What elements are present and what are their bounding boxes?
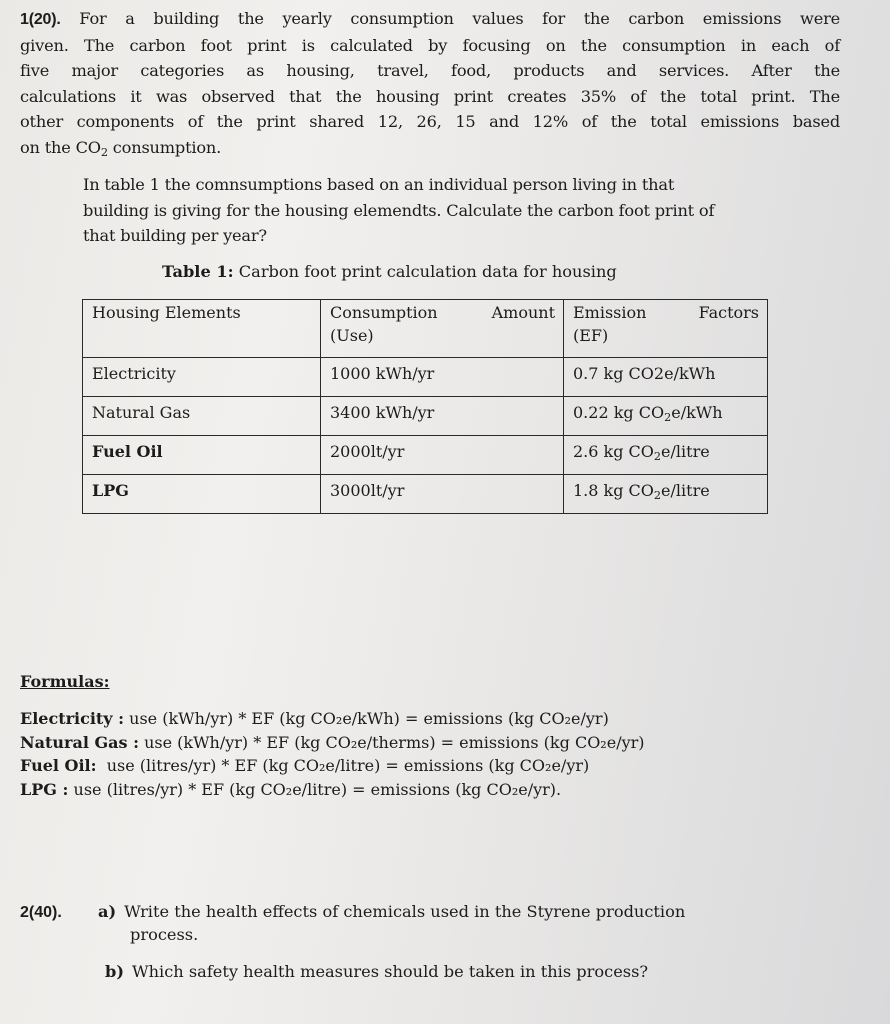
formula-lpg: LPG : use (litres/yr) * EF (kg CO₂e/litr… [20,778,840,802]
table-row: LPG 3000lt/yr 1.8 kg CO2e/litre [83,475,768,514]
cell-ef: 0.7 kg CO2e/kWh [564,358,768,397]
cell-use: 2000lt/yr [321,436,564,475]
cell-ef: 1.8 kg CO2e/litre [564,475,768,514]
q1-line-2: given. The carbon foot print is calculat… [20,33,840,59]
question-2-part-b: b)Which safety health measures should be… [20,962,850,981]
header-housing-elements: Housing Elements [83,300,321,358]
table-row: Natural Gas 3400 kWh/yr 0.22 kg CO2e/kWh [83,397,768,436]
q1-line-5: other components of the print shared 12,… [20,109,840,135]
q1-line-3: five major categories as housing, travel… [20,58,840,84]
question-number: 2(40). [20,902,98,922]
q1-line-6: on the CO2 consumption. [20,135,840,165]
formula-fuel-oil: Fuel Oil: use (litres/yr) * EF (kg CO₂e/… [20,754,840,778]
cell-element: Fuel Oil [83,436,321,475]
q1-line-1: 1(20). For a building the yearly consump… [20,6,840,33]
formula-natural-gas: Natural Gas : use (kWh/yr) * EF (kg CO₂e… [20,731,840,755]
formulas-section: Formulas: Electricity : use (kWh/yr) * E… [20,672,840,801]
housing-data-table: Housing Elements ConsumptionAmount (Use)… [82,299,768,514]
formulas-title: Formulas: [20,672,840,691]
table-caption-text: Carbon foot print calculation data for h… [234,262,617,281]
cell-use: 1000 kWh/yr [321,358,564,397]
header-consumption: ConsumptionAmount (Use) [321,300,564,358]
table-row: Electricity 1000 kWh/yr 0.7 kg CO2e/kWh [83,358,768,397]
table-row: Fuel Oil 2000lt/yr 2.6 kg CO2e/litre [83,436,768,475]
header-emission-factors: EmissionFactors (EF) [564,300,768,358]
cell-element: LPG [83,475,321,514]
table-caption: Table 1: Carbon foot print calculation d… [162,262,617,281]
question-2-part-a-cont: process. [20,925,850,944]
question-2: 2(40). a)Write the health effects of che… [20,902,850,981]
cell-use: 3000lt/yr [321,475,564,514]
cell-use: 3400 kWh/yr [321,397,564,436]
question-1-intro: In table 1 the comnsumptions based on an… [83,172,839,249]
cell-element: Electricity [83,358,321,397]
intro-line-3: that building per year? [83,223,839,249]
question-1: 1(20). For a building the yearly consump… [20,6,840,165]
cell-ef: 2.6 kg CO2e/litre [564,436,768,475]
intro-line-2: building is giving for the housing eleme… [83,198,839,224]
formula-electricity: Electricity : use (kWh/yr) * EF (kg CO₂e… [20,707,840,731]
q1-line-4: calculations it was observed that the ho… [20,84,840,110]
table-header-row: Housing Elements ConsumptionAmount (Use)… [83,300,768,358]
question-2-part-a: 2(40). a)Write the health effects of che… [20,902,850,922]
table-caption-label: Table 1: [162,262,234,281]
cell-ef: 0.22 kg CO2e/kWh [564,397,768,436]
question-number: 1(20). [20,11,61,28]
intro-line-1: In table 1 the comnsumptions based on an… [83,172,839,198]
cell-element: Natural Gas [83,397,321,436]
